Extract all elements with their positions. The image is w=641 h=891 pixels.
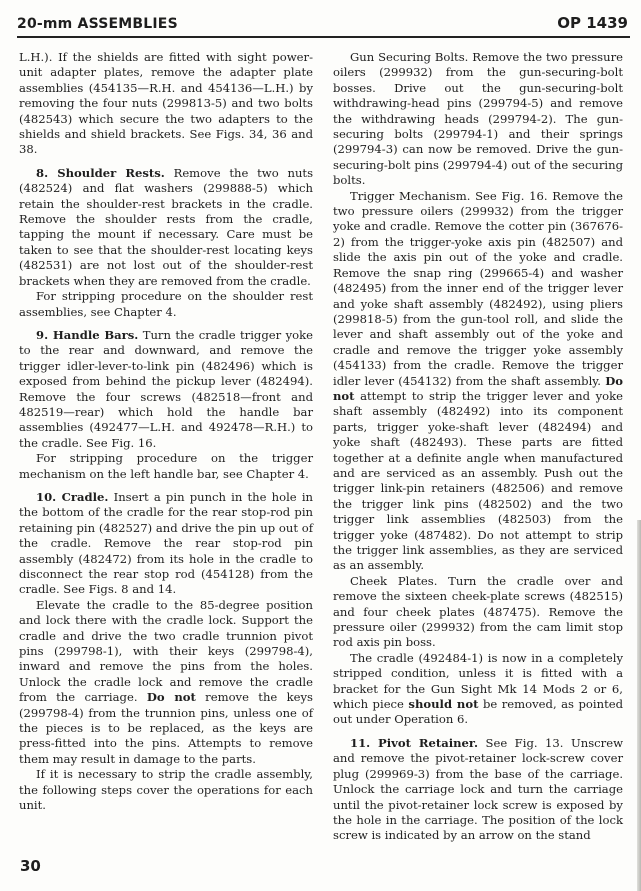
emphasis-do-not: Do not bbox=[147, 690, 196, 704]
page-header: 20-mm ASSEMBLIES OP 1439 bbox=[17, 14, 630, 38]
paragraph-shoulder-rests: 8. Shoulder Rests. Remove the two nuts (… bbox=[19, 166, 313, 289]
paragraph-handle-bars: 9. Handle Bars. Turn the cradle trigger … bbox=[19, 328, 313, 451]
page-edge-shadow bbox=[637, 520, 641, 891]
page-number: 30 bbox=[20, 857, 41, 875]
document-code: OP 1439 bbox=[557, 14, 628, 32]
paragraph-cradle: 10. Cradle. Insert a pin punch in the ho… bbox=[19, 490, 313, 598]
paragraph-cradle-stripped: The cradle (492484-1) is now in a comple… bbox=[333, 651, 623, 728]
heading-pivot-retainer: 11. Pivot Retainer. bbox=[350, 736, 478, 750]
section-title: 20-mm ASSEMBLIES bbox=[17, 16, 178, 32]
emphasis-should-not: should not bbox=[408, 697, 478, 711]
heading-handle-bars: 9. Handle Bars. bbox=[36, 328, 138, 342]
right-column: Gun Securing Bolts. Remove the two press… bbox=[333, 50, 623, 844]
heading-cradle: 10. Cradle. bbox=[36, 490, 108, 504]
paragraph-gun-securing-bolts: Gun Securing Bolts. Remove the two press… bbox=[333, 50, 623, 189]
paragraph-trigger-stripping: For stripping procedure on the trigger m… bbox=[19, 451, 313, 482]
paragraph-shoulder-rest-stripping: For stripping procedure on the shoulder … bbox=[19, 289, 313, 320]
paragraph-strip-cradle: If it is necessary to strip the cradle a… bbox=[19, 767, 313, 813]
paragraph-elevate-cradle: Elevate the cradle to the 85-degree posi… bbox=[19, 598, 313, 767]
paragraph-cheek-plates: Cheek Plates. Turn the cradle over and r… bbox=[333, 574, 623, 651]
heading-shoulder-rests: 8. Shoulder Rests. bbox=[36, 166, 165, 180]
paragraph-pivot-retainer: 11. Pivot Retainer. See Fig. 13. Unscrew… bbox=[333, 736, 623, 844]
paragraph-trigger-mechanism: Trigger Mechanism. See Fig. 16. Remove t… bbox=[333, 189, 623, 574]
left-column: L.H.). If the shields are fitted with si… bbox=[19, 50, 313, 814]
paragraph-adapter-plates: L.H.). If the shields are fitted with si… bbox=[19, 50, 313, 158]
